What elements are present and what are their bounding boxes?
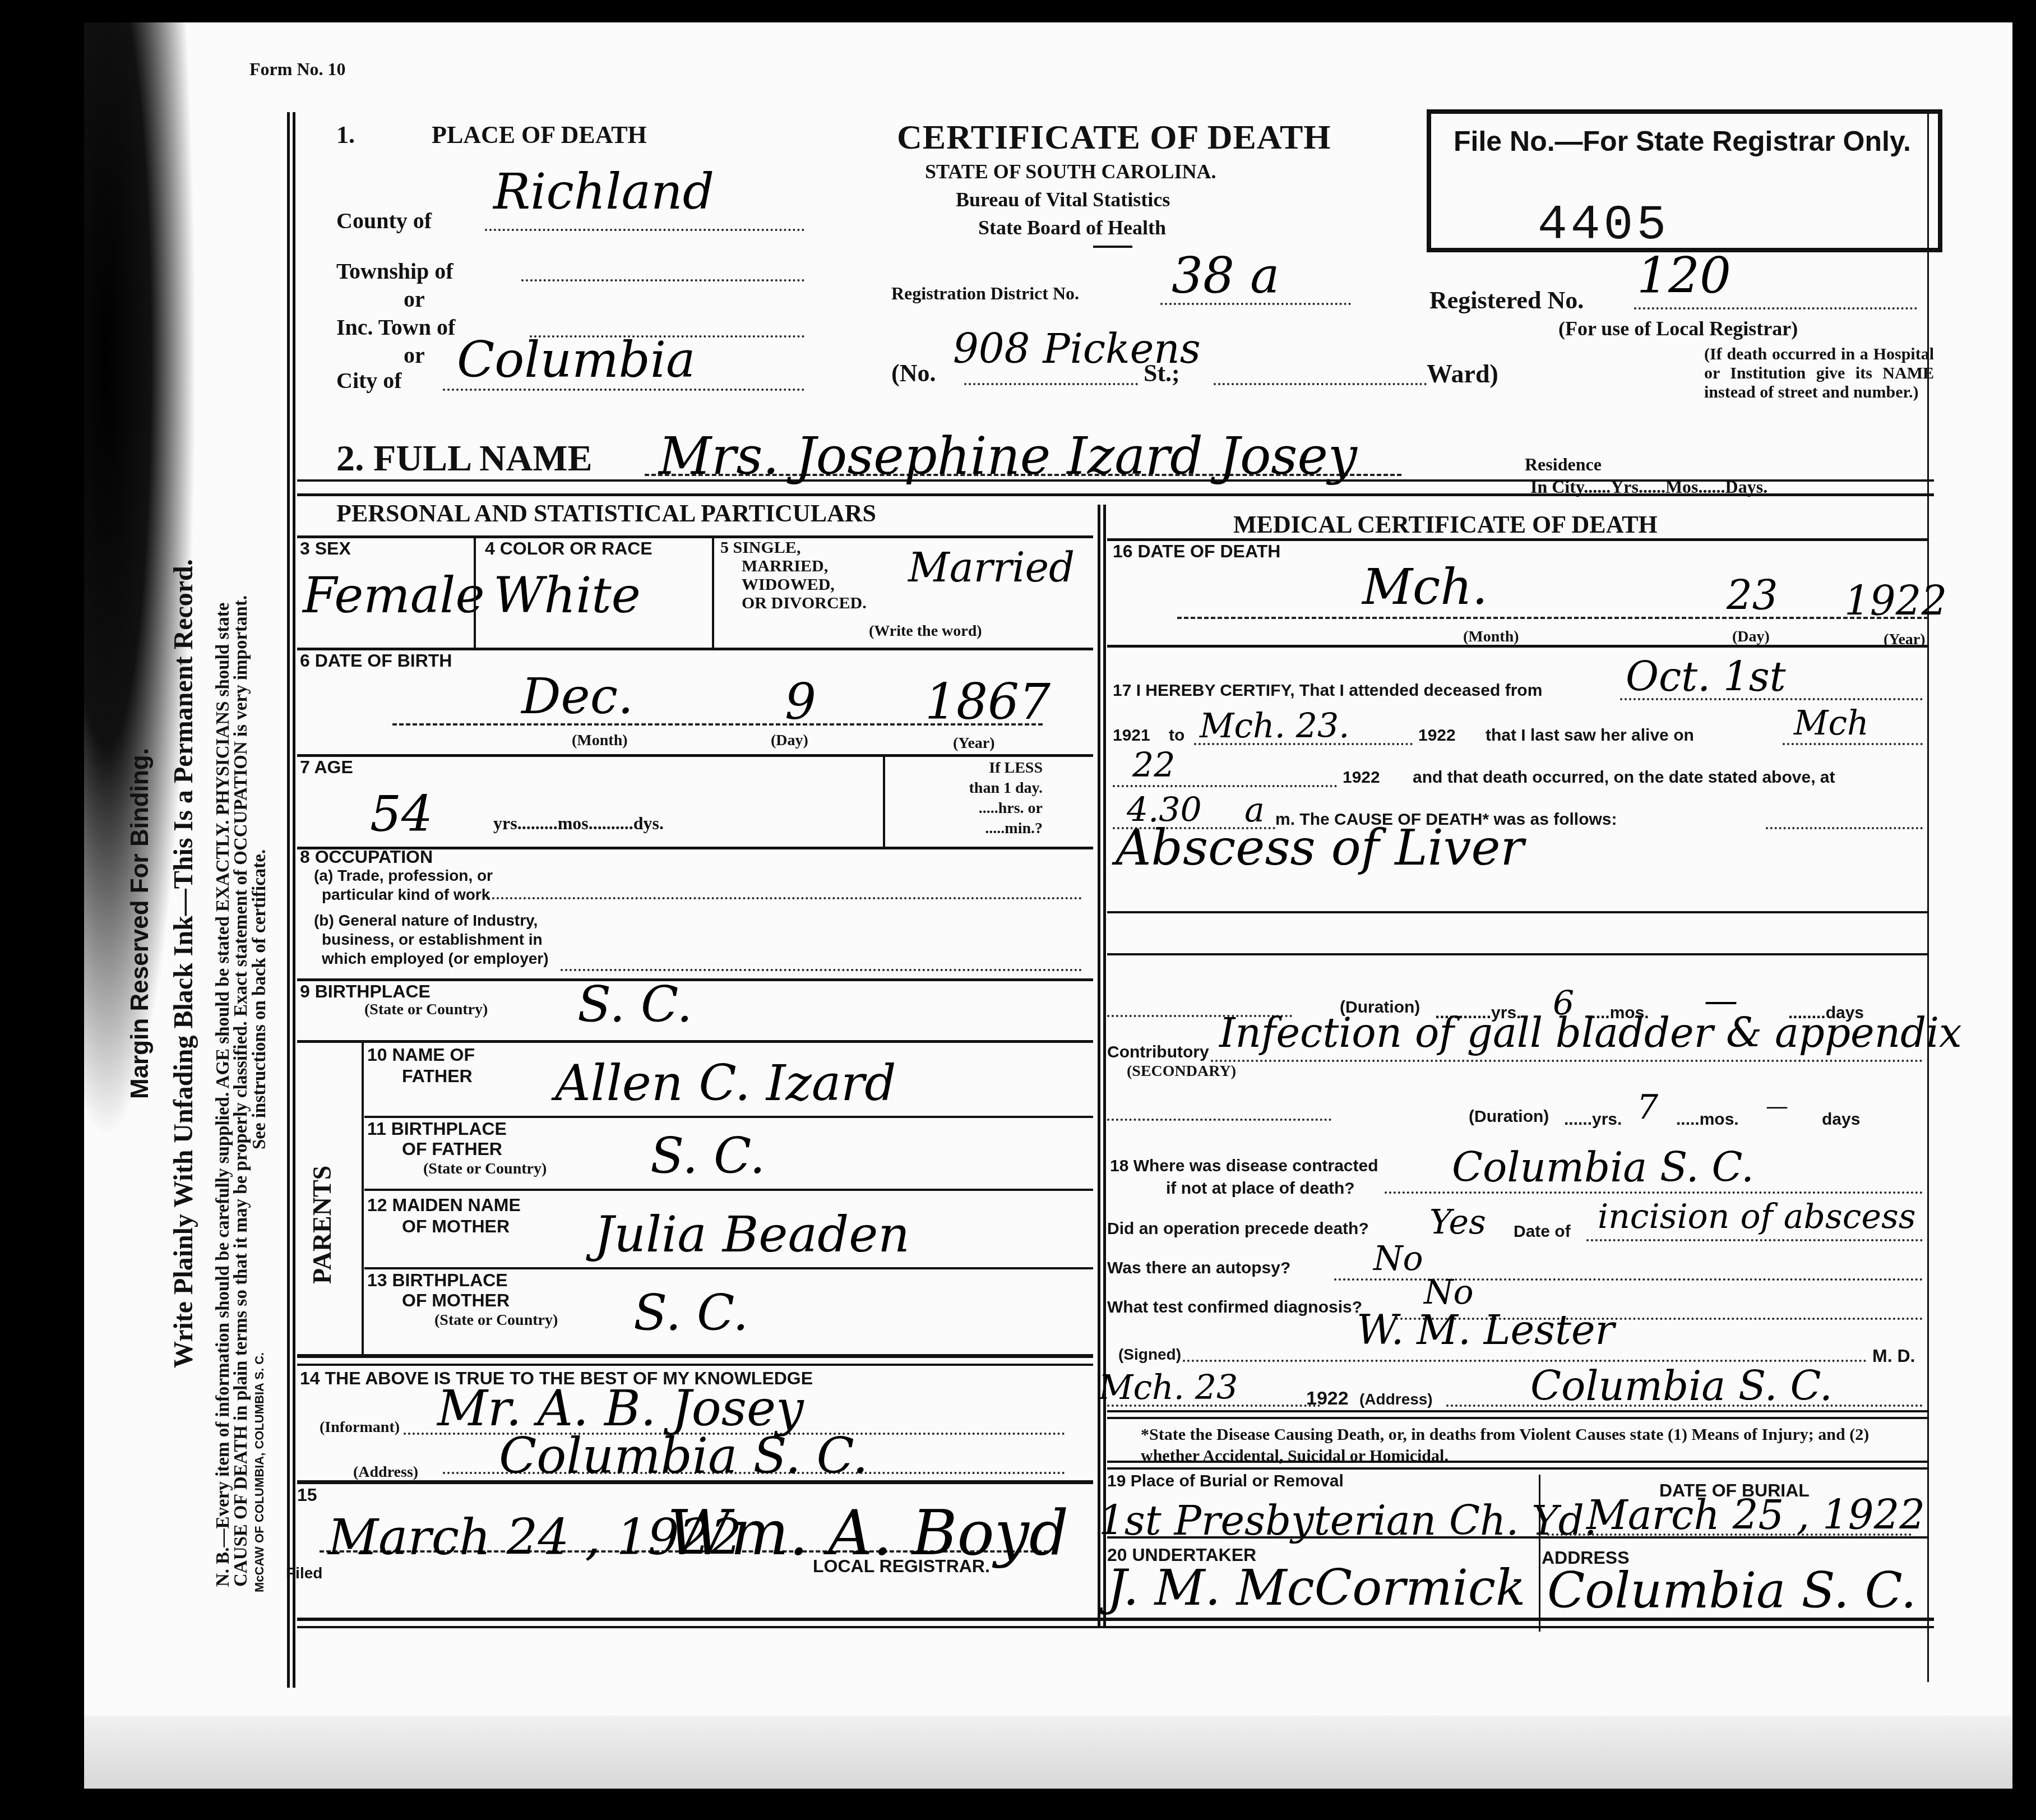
marital-note: (Write the word): [869, 622, 982, 640]
md-label: M. D.: [1872, 1346, 1915, 1366]
city-value: Columbia: [457, 331, 696, 389]
mother-birthplace-value: S. C.: [633, 1284, 748, 1342]
operation-date-value: incision of abscess: [1598, 1197, 1916, 1236]
bureau-name: Bureau of Vital Statistics: [956, 188, 1170, 211]
hospital-note: (If death occurred in a Hospital or Inst…: [1704, 345, 1934, 402]
registration-district-label: Registration District No.: [891, 283, 1079, 304]
write-plainly-note: Write Plainly With Unfading Black Ink—Th…: [168, 559, 199, 1368]
personal-heading: PERSONAL AND STATISTICAL PARTICULARS: [336, 499, 876, 528]
operation-value: Yes: [1429, 1203, 1486, 1242]
informant-label: (Informant): [320, 1419, 400, 1436]
secondary-label: (SECONDARY): [1127, 1063, 1236, 1080]
left-border: [287, 112, 290, 1688]
center-divider-inner: [1103, 505, 1106, 1626]
occupation-b-field: [561, 969, 1082, 971]
parents-label: PARENTS: [307, 1166, 337, 1284]
nb-line-2: CAUSE OF DEATH in plain terms so that it…: [231, 595, 252, 1587]
age-years: 54: [370, 785, 433, 843]
physician-signature: W. M. Lester: [1357, 1306, 1614, 1354]
full-name-label: 2. FULL NAME: [336, 437, 593, 480]
certificate-title: CERTIFICATE OF DEATH: [897, 118, 1331, 158]
certify-label: 17 I HEREBY CERTIFY, That I attended dec…: [1113, 681, 1542, 700]
signed-date: Mch. 23: [1099, 1368, 1238, 1407]
occupation-b-label: (b) General nature of Industry, business…: [314, 911, 549, 968]
cause-of-death: Abscess of Liver: [1116, 819, 1524, 876]
sex-label: 3 SEX: [300, 538, 351, 559]
dod-year: 1922: [1844, 578, 1947, 625]
duration-2-days: —: [1766, 1093, 1788, 1119]
registered-no-label: Registered No.: [1429, 286, 1584, 315]
burial-date-value: March 25 , 1922: [1586, 1491, 1925, 1539]
last-saw-year: 1922: [1343, 768, 1380, 787]
birthplace-sub: (State or Country): [364, 1001, 488, 1019]
residence-label: Residence: [1525, 454, 1602, 475]
county-value: Richland: [493, 163, 714, 220]
marital-value: Married: [908, 544, 1075, 591]
dob-month: Dec.: [521, 667, 633, 725]
full-name-value: Mrs. Josephine Izard Josey: [659, 426, 1357, 486]
dob-day: 9: [785, 673, 816, 731]
place-of-death-heading: PLACE OF DEATH: [432, 121, 647, 149]
occupation-label: 8 OCCUPATION: [300, 847, 433, 867]
father-name-label: 10 NAME OF FATHER: [367, 1044, 475, 1087]
scan-bottom-strip: [84, 1716, 2012, 1789]
printer-imprint: McCAW OF COLUMBIA, COLUMBIA S. C.: [252, 1352, 267, 1592]
file-number-label: File No.—For State Registrar Only.: [1454, 125, 1911, 158]
ward-label: Ward): [1427, 359, 1498, 389]
race-value: White: [493, 566, 641, 624]
state-name: STATE OF SOUTH CAROLINA.: [925, 160, 1216, 183]
last-saw-day: 22: [1132, 746, 1175, 785]
less-than-day: If LESS than 1 day. .....hrs. or .....mi…: [919, 758, 1043, 839]
father-name-value: Allen C. Izard: [555, 1054, 896, 1112]
attended-from-year: 1921: [1113, 726, 1150, 745]
section-1-number: 1.: [336, 121, 355, 149]
duration-2-mos: 7: [1637, 1088, 1658, 1127]
file-number-box: File No.—For State Registrar Only. 4405: [1427, 109, 1942, 252]
birthplace-value: S. C.: [577, 976, 692, 1033]
test-label: What test confirmed diagnosis?: [1107, 1298, 1362, 1317]
street-no-label: (No.: [891, 359, 936, 387]
mother-name-value: Julia Beaden: [594, 1205, 910, 1263]
form-number: Form No. 10: [249, 59, 346, 80]
attended-from: Oct. 1st: [1626, 653, 1786, 700]
race-label: 4 COLOR OR RACE: [485, 538, 653, 559]
dob-label: 6 DATE OF BIRTH: [300, 650, 452, 671]
birthplace-label: 9 BIRTHPLACE: [300, 981, 431, 1002]
signed-year: 1922: [1306, 1388, 1349, 1410]
last-saw-month: Mch: [1794, 704, 1869, 743]
dod-month: Mch.: [1362, 558, 1488, 616]
nb-line-3: See instructions on back of certificate.: [249, 849, 270, 1149]
mother-name-label: 12 MAIDEN NAME OF MOTHER: [367, 1194, 521, 1237]
dod-label: 16 DATE OF DEATH: [1113, 541, 1280, 562]
contributory-label: Contributory: [1107, 1043, 1209, 1062]
file-number-value: 4405: [1538, 198, 1669, 253]
signed-label: (Signed): [1118, 1346, 1181, 1364]
filed-label: Filed: [286, 1564, 322, 1582]
registration-district-value: 38 a: [1172, 247, 1279, 304]
attended-to-year: 1922: [1418, 726, 1456, 745]
street-suffix: St.;: [1144, 359, 1180, 387]
medical-heading: MEDICAL CERTIFICATE OF DEATH: [1233, 510, 1658, 539]
local-registrar-note: (For use of Local Registrar): [1558, 317, 1798, 340]
burial-place-label: 19 Place of Burial or Removal: [1107, 1472, 1344, 1491]
county-label: County of: [336, 207, 432, 234]
inc-town-label: Inc. Town of: [336, 314, 455, 340]
father-birthplace-value: S. C.: [650, 1127, 765, 1185]
filed-number: 15: [297, 1485, 317, 1505]
undertaker-value: J. M. McCormick: [1107, 1559, 1525, 1616]
sex-value: Female: [303, 566, 484, 624]
informant-address-label: (Address): [353, 1463, 418, 1481]
township-label: Township of: [336, 258, 454, 284]
physician-address: Columbia S. C.: [1530, 1362, 1833, 1410]
autopsy-value: No: [1373, 1239, 1423, 1278]
center-divider: [1098, 505, 1100, 1626]
mother-birthplace-label: 13 BIRTHPLACE OF MOTHER (State or Countr…: [367, 1270, 558, 1331]
contracted-value: Columbia S. C.: [1452, 1144, 1754, 1191]
informant-address-value: Columbia S. C.: [499, 1427, 868, 1485]
operation-label: Did an operation precede death?: [1107, 1220, 1369, 1239]
attended-to: Mch. 23.: [1200, 706, 1349, 746]
dob-year: 1867: [925, 673, 1051, 731]
contributory-value: Infection of gall bladder & appendix: [1219, 1009, 1962, 1056]
margin-reserved-note: Margin Reserved For Binding.: [126, 748, 154, 1099]
age-units: yrs.........mos..........dys.: [493, 813, 664, 834]
registered-no-value: 120: [1637, 247, 1731, 304]
scan-edge: [2012, 0, 2036, 1820]
occupation-a-label: (a) Trade, profession, or particular kin…: [314, 866, 493, 904]
age-label: 7 AGE: [300, 757, 353, 778]
dod-day: 23: [1727, 572, 1778, 619]
marital-label: 5 SINGLE, MARRIED, WIDOWED, OR DIVORCED.: [720, 538, 867, 612]
father-birthplace-label: 11 BIRTHPLACE OF FATHER (State or Countr…: [367, 1119, 547, 1179]
left-border-inner: [293, 112, 295, 1688]
undertaker-address-value: Columbia S. C.: [1547, 1562, 1917, 1619]
contracted-label: 18 Where was disease contracted if not a…: [1110, 1155, 1378, 1200]
board-name: State Board of Health: [978, 216, 1166, 239]
autopsy-label: Was there an autopsy?: [1107, 1259, 1290, 1278]
occupation-a-field: [488, 897, 1082, 899]
registrar-label: LOCAL REGISTRAR.: [813, 1556, 990, 1577]
city-label: City of: [336, 367, 402, 394]
